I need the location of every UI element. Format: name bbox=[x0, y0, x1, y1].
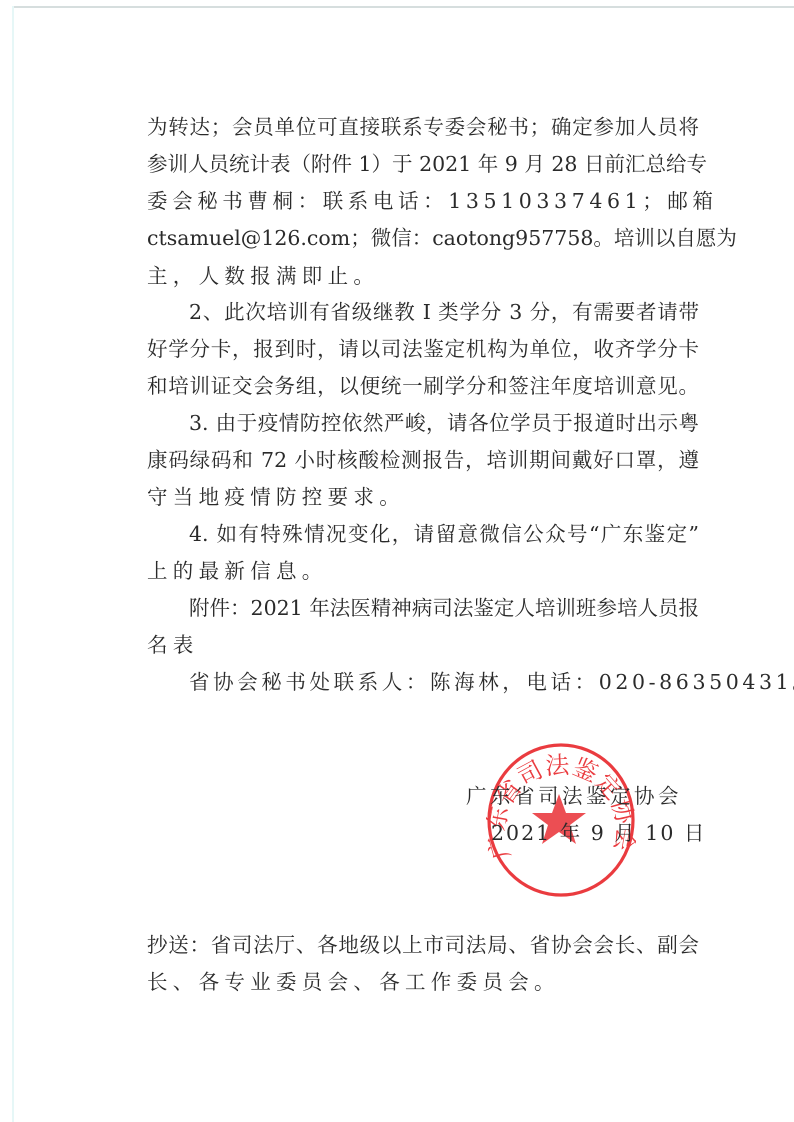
scan-border-left bbox=[12, 6, 14, 1122]
body-line: 好学分卡，报到时，请以司法鉴定机构为单位，收齐学分卡 bbox=[147, 331, 699, 368]
body-line: 委会秘书曹桐：联系电话：13510337461；邮箱 bbox=[147, 183, 699, 220]
attachment-line: 附件：2021 年法医精神病司法鉴定人培训班参培人员报 bbox=[189, 590, 699, 627]
cc-line: 抄送：省司法厅、各地级以上市司法局、省协会会长、副会 bbox=[147, 927, 699, 964]
cc-line: 长、各专业委员会、各工作委员会。 bbox=[147, 964, 699, 1001]
body-line: ctsamuel@126.com；微信：caotong957758。培训以自愿为 bbox=[147, 220, 699, 257]
body-line: 和培训证交会务组，以便统一刷学分和签注年度培训意见。 bbox=[147, 368, 699, 405]
signature-organization: 广东省司法鉴定协会 bbox=[466, 778, 682, 815]
body-line-item-3: 3. 由于疫情防控依然严峻，请各位学员于报道时出示粤 bbox=[189, 405, 699, 442]
signature-date: 2021 年 9 月 10 日 bbox=[491, 815, 706, 852]
body-line-item-2: 2、此次培训有省级继教 I 类学分 3 分，有需要者请带 bbox=[189, 294, 699, 331]
body-line: 主，人数报满即止。 bbox=[147, 258, 699, 295]
contact-line: 省协会秘书处联系人：陈海林，电话：020-86350431。 bbox=[189, 664, 699, 701]
scan-border-top bbox=[12, 6, 794, 8]
body-line-item-4: 4. 如有特殊情况变化，请留意微信公众号“广东鉴定” bbox=[189, 516, 699, 553]
body-line: 守当地疫情防控要求。 bbox=[147, 479, 699, 516]
body-line: 参训人员统计表（附件 1）于 2021 年 9 月 28 日前汇总给专 bbox=[147, 146, 699, 183]
attachment-line: 名表 bbox=[147, 627, 699, 664]
body-line: 为转达；会员单位可直接联系专委会秘书；确定参加人员将 bbox=[147, 109, 699, 146]
body-line: 康码绿码和 72 小时核酸检测报告，培训期间戴好口罩，遵 bbox=[147, 442, 699, 479]
body-line: 上的最新信息。 bbox=[147, 553, 699, 590]
